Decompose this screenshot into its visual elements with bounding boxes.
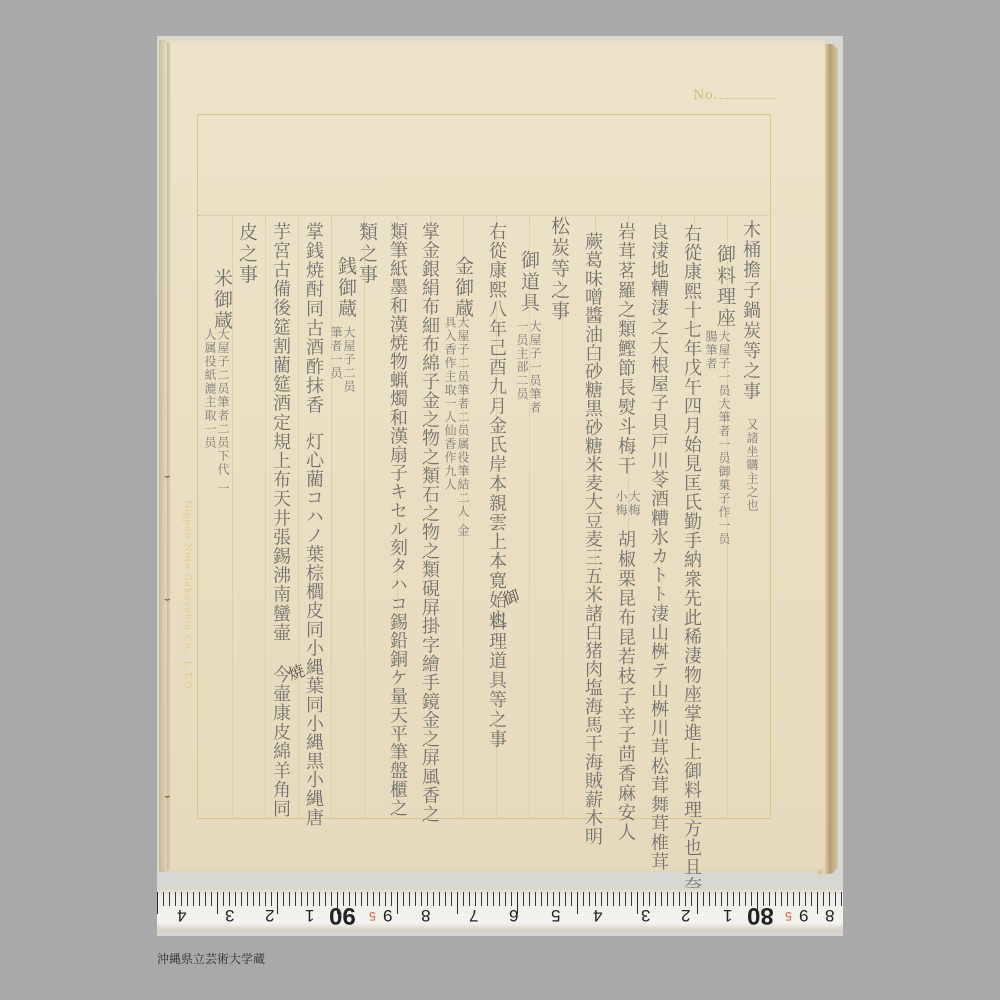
ruler-number: 4 [177,905,186,925]
column-rule [331,216,332,818]
text-column-3: 右從康熙十七年戊午四月始見匡氏勤手納衆先此稀淒物座掌進上御料理方也且奈 [680,224,702,896]
ruler-number: 1 [305,905,314,925]
ruler-number: 9 [383,905,392,925]
text-column-10: 金御蔵 [452,256,474,320]
text-column-2: 御料理座 [714,244,736,329]
binding-stitch: ⌣ [164,795,174,799]
annotation-1: 又諸坐購主之也 [745,418,758,513]
ruler-number: 7 [469,905,478,925]
ruler-number: 2 [681,905,690,925]
annotation-8: 大屋子一员筆者 一员主部二员 [515,320,541,430]
column-rule [265,216,266,818]
publisher-imprint: Nippon Note Gakuyohin Co., L.T.D. [182,500,192,693]
page-number-field: No. [693,88,776,103]
annotation-5: 大梅 小梅 [614,490,640,520]
scan-viewer: ⌣ ⌣ ⌣ No. Nippon Note Gakuyohin Co., L.T… [0,0,1000,1000]
ruler-number: 6 [509,905,518,925]
binding-stitch: ⌣ [164,475,174,479]
page-number-blank [720,98,776,99]
text-column-11: 掌金銀絹布細布綿子金之物之類石之物之類硯屏掛字繪手鏡金之屏風香之 [418,222,440,824]
annotation-10: 大屋子二员筆者二员属役筆結二人 金具入香作主取一人仙香作九人 [443,316,469,546]
text-column-15: 掌銭焼酎同古酒酢抹香 [302,222,324,415]
ruler-number: 9 [799,905,808,925]
annotation-14: 大屋子二员 筆者一员 [329,326,355,406]
binding-stitch: ⌣ [164,598,174,602]
ruler-number: 8 [825,905,834,925]
text-column-9b: 料理道具等之事 [485,612,507,749]
collection-credit: 沖縄県立芸術大学蔵 [157,950,265,967]
ruler-number: 3 [641,905,650,925]
column-rule [298,216,299,818]
page-number-label: No. [693,88,718,103]
ruler-major-ticks [157,892,843,914]
annotation-2: 大屋子一员大筆者一员御菓子作一员 腸筆者 [704,330,730,550]
text-column-8: 御道具 [518,250,540,314]
text-column-9: 右從康熙八年己酉九月金氏岸本親雲上本寛始也 [485,222,507,629]
ruler-number: 80 [747,901,774,929]
ruler-number: 5 [785,909,792,923]
ruler-number: 8 [421,905,430,925]
text-column-13: 類之事 [356,222,378,286]
text-column-7: 松炭等之事 [548,216,570,322]
ruler-number: 5 [551,905,560,925]
text-column-5: 岩茸茗羅之類鰹節長熨斗梅干 [614,222,636,476]
ruler-number: 3 [225,905,234,925]
ruler-number: 2 [265,905,274,925]
binding-gutter [167,42,170,870]
ruler-number: 90 [329,901,356,929]
ruler-number: 5 [369,909,376,923]
ruler-number: 1 [723,905,732,925]
ruler-number: 4 [593,905,602,925]
text-column-16: 芋宮古備後筵割藺筵酒定規上布天井張錫沸南蠻壷 [269,222,291,642]
annotation-18: 大屋子二员筆者二员下代 一人属役紙漉主取一员 [203,328,229,508]
text-column-5b: 胡椒栗昆布昆若枝子辛子茴香麻安人 [614,530,636,842]
measuring-ruler: 4 3 2 1 90 5 9 8 7 6 5 4 3 2 1 80 5 9 8 [157,888,843,932]
text-column-15b: 灯心藺コハノ葉棕櫚皮同小縄葉同小縄黒小縄唐 [302,432,324,827]
text-column-4: 良淒地糟淒之大根屋子貝戸川苓酒糟氷カトト淒山桝テ山桝川茸松茸舞茸椎茸 [647,222,669,871]
text-column-18: 米御蔵 [211,268,233,332]
text-column-16b: 今壷康皮綿羊角同 [269,665,291,819]
header-rule [198,215,770,216]
text-column-17: 皮之事 [236,222,258,286]
text-column-14: 銭御蔵 [335,256,357,320]
text-column-1: 木桶擔子鍋炭等之事 [739,220,761,402]
text-column-6: 蕨葛味噌醬油白砂糖黒砂糖米麦大豆麦三五米諸白猪肉塩海馬干海賊薪木明 [581,232,603,846]
text-column-12: 類筆紙墨和漢焼物蝋燭和漢扇子キセル刻タハコ錫鉛銅ケ量天平筆盤櫃之 [386,222,408,817]
column-rule [364,216,365,818]
